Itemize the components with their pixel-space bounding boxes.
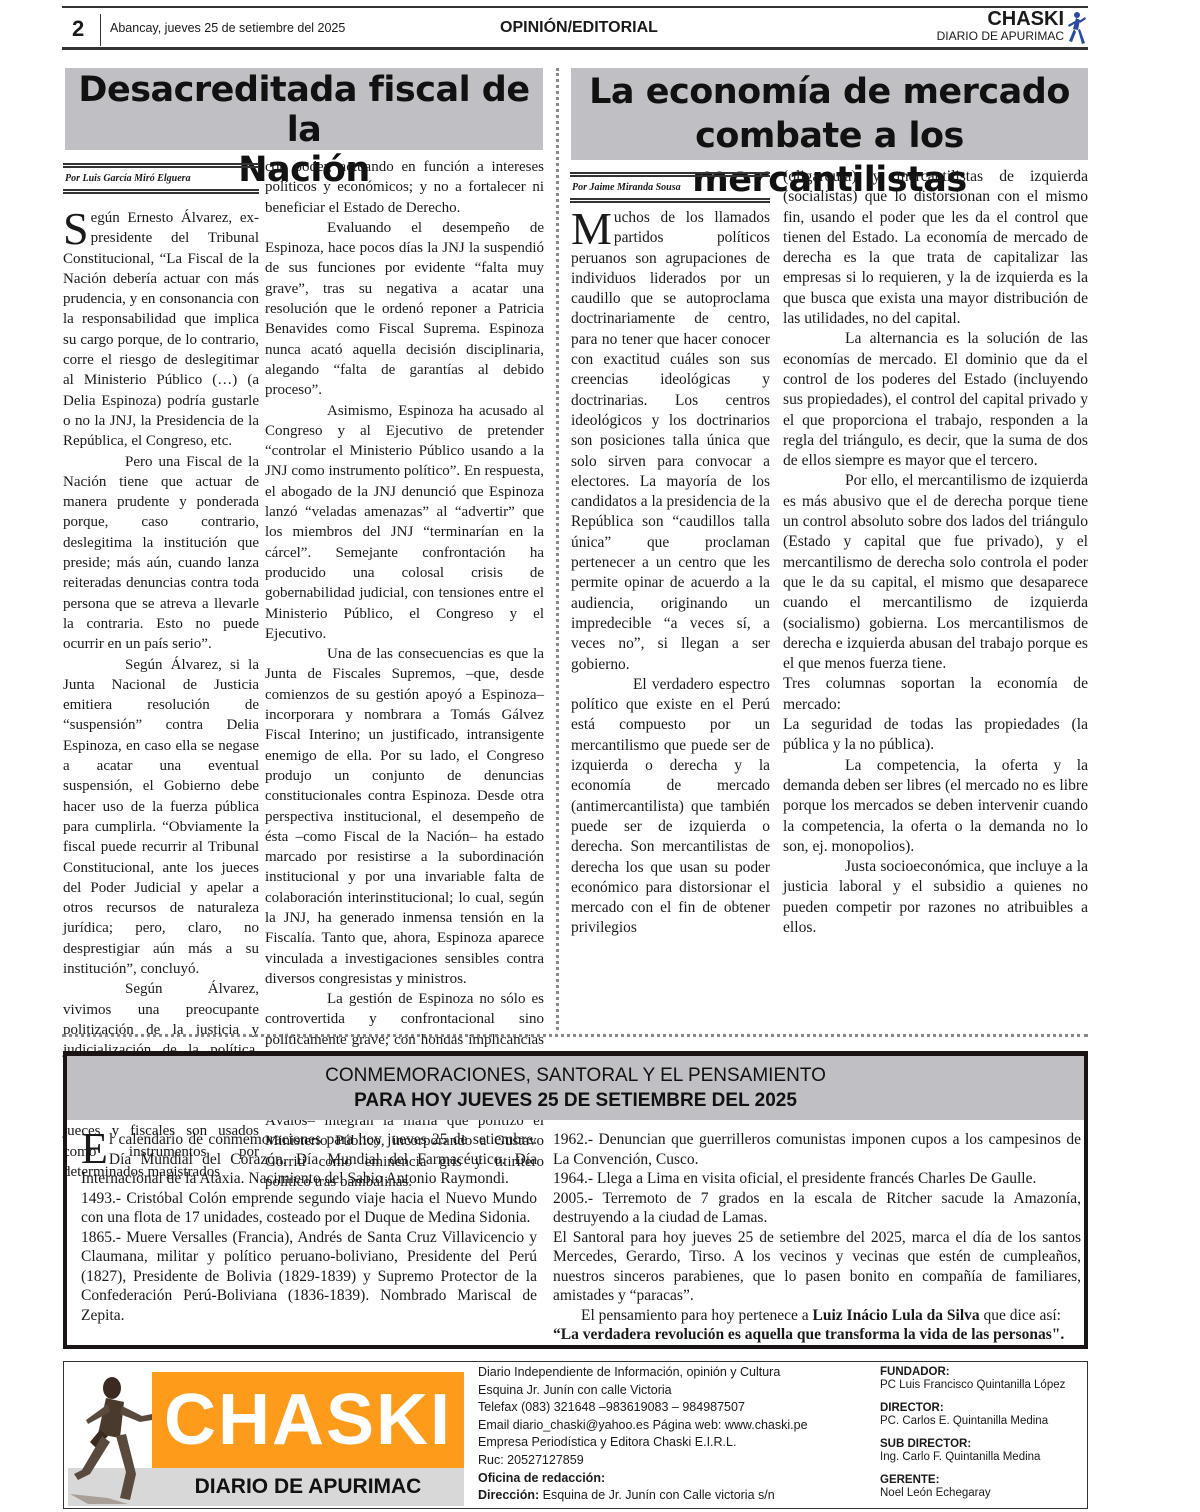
paragraph: La alternancia es la solución de las eco… — [783, 329, 1088, 471]
page-number: 2 — [72, 16, 84, 42]
masthead: 2 Abancay, jueves 25 de setiembre del 20… — [62, 6, 1088, 50]
article-left-headline: Desacreditada fiscal de la Nación — [65, 68, 543, 150]
info-line: Empresa Periodística y Editora Chaski E.… — [478, 1434, 808, 1452]
commemorations-left-column: El calendario de conmemoraciones para ho… — [81, 1130, 537, 1325]
staff-role: DIRECTOR: — [880, 1402, 1065, 1415]
footer-info: Diario Independiente de Información, opi… — [478, 1364, 808, 1505]
commemorations-box: CONMEMORACIONES, SANTORAL Y EL PENSAMIEN… — [63, 1051, 1088, 1349]
article-right-byline: Por Jaime Miranda Sousa — [570, 172, 770, 203]
thought-author: Luiz Inácio Lula da Silva — [813, 1307, 980, 1324]
paragraph: La seguridad de todas las propiedades (l… — [783, 715, 1088, 756]
thought-quote: “La verdadera revolución es aquella que … — [553, 1326, 1064, 1343]
chaski-logo: CHASKI DIARIO DE APURIMAC — [66, 1364, 466, 1506]
paragraph: El verdadero espectro político que exist… — [571, 675, 770, 939]
paragraph: con poder, actuando en función a interes… — [265, 157, 544, 218]
runner-logo-icon — [1066, 11, 1086, 47]
info-line: Diario Independiente de Información, opi… — [478, 1364, 808, 1382]
byline-text: Por Jaime Miranda Sousa — [570, 177, 770, 198]
paragraph: egún Ernesto Álvarez, ex-presidente del … — [63, 210, 259, 449]
address-line: Dirección: Esquina de Jr. Junín con Call… — [478, 1487, 808, 1505]
commemorations-header: CONMEMORACIONES, SANTORAL Y EL PENSAMIEN… — [67, 1056, 1084, 1120]
paragraph: La competencia, la oferta y la demanda d… — [783, 756, 1088, 857]
paragraph: Justa socioeconómica, que incluye a la j… — [783, 857, 1088, 938]
paragraph: Según Álvarez, si la Junta Nacional de J… — [63, 655, 259, 980]
thought-of-day: El pensamiento para hoy pertenece a Luiz… — [553, 1306, 1081, 1326]
masthead-divider — [100, 14, 101, 46]
paragraph: Evaluando el desempeño de Espinoza, hace… — [265, 218, 544, 401]
article-right-column-1: Muchos de los llamados partidos político… — [571, 208, 770, 939]
logo-orange-band: CHASKI — [152, 1372, 464, 1468]
paragraph: Tres columnas soportan la economía de me… — [783, 674, 1088, 715]
article-left-byline: Por Luis García Miró Elguera — [63, 163, 259, 194]
headline-line-1: La economía de mercado — [589, 72, 1070, 112]
drop-cap: E — [81, 1132, 108, 1166]
paragraph: uchos de los llamados partidos políticos… — [571, 209, 770, 673]
address-value: Esquina de Jr. Junín con Calle victoria … — [539, 1488, 775, 1502]
drop-cap: S — [63, 211, 89, 247]
event-1964: 1964.- Llega a Lima en visita oficial, e… — [553, 1169, 1081, 1189]
logo-wordmark: CHASKI — [152, 1378, 464, 1462]
drop-cap: M — [571, 211, 612, 247]
info-email-web: Email diario_chaski@yahoo.es Página web:… — [478, 1417, 808, 1435]
info-line: Esquina Jr. Junín con calle Victoria — [478, 1382, 808, 1400]
brand-name: CHASKI — [937, 9, 1064, 29]
staff-name: PC. Carlos E. Quintanilla Medina — [880, 1415, 1065, 1428]
staff-role: SUB DIRECTOR: — [880, 1438, 1065, 1451]
commemorations-right-column: 1962.- Denuncian que guerrilleros comuni… — [553, 1130, 1081, 1345]
column-divider — [556, 68, 559, 1030]
address-label: Dirección: — [478, 1488, 539, 1502]
staff-role: GERENTE: — [880, 1474, 1065, 1487]
byline-text: Por Luis García Miró Elguera — [63, 168, 259, 189]
footer-staff: FUNDADOR: PC Luis Francisco Quintanilla … — [880, 1366, 1065, 1510]
section-title: OPINIÓN/EDITORIAL — [500, 19, 658, 37]
paragraph: Asimismo, Espinoza ha acusado al Congres… — [265, 401, 544, 645]
event-1962: 1962.- Denuncian que guerrilleros comuni… — [553, 1130, 1081, 1169]
staff-role: FUNDADOR: — [880, 1366, 1065, 1379]
event-2005: 2005.- Terremoto de 7 grados en la escal… — [553, 1189, 1081, 1228]
masthead-brand: CHASKI DIARIO DE APURIMAC — [937, 9, 1064, 43]
runner-illustration-icon — [68, 1370, 158, 1506]
santoral-text: El Santoral para hoy jueves 25 de setiem… — [553, 1228, 1081, 1306]
event-1865: 1865.- Muere Versalles (Francia), Andrés… — [81, 1228, 537, 1326]
article-right-column-2: (oligarquía) y mercantilistas de izquier… — [783, 167, 1088, 938]
thought-intro: El pensamiento para hoy pertenece a — [581, 1307, 813, 1324]
headline-line-1: Desacreditada fiscal de la — [78, 70, 529, 150]
office-label: Oficina de redacción: — [478, 1470, 808, 1488]
byline-rule-bottom — [63, 189, 259, 194]
brand-subtitle: DIARIO DE APURIMAC — [937, 29, 1064, 43]
logo-subtitle: DIARIO DE APURIMAC — [152, 1472, 464, 1502]
date-line: Abancay, jueves 25 de setiembre del 2025 — [110, 21, 345, 35]
section-divider — [62, 1034, 1088, 1037]
article-right-headline: La economía de mercado combate a los mer… — [571, 68, 1088, 160]
event-1493: 1493.- Cristóbal Colón emprende segundo … — [81, 1189, 537, 1228]
paragraph: (oligarquía) y mercantilistas de izquier… — [783, 167, 1088, 329]
calendar-intro: l calendario de conmemoraciones para hoy… — [81, 1131, 537, 1187]
info-ruc: Ruc: 20527127859 — [478, 1452, 808, 1470]
staff-name: Ing. Carlo F. Quintanilla Medina — [880, 1451, 1065, 1464]
staff-name: Noel León Echegaray — [880, 1487, 1065, 1500]
paragraph: Por ello, el mercantilismo de izquierda … — [783, 471, 1088, 674]
staff-name: PC Luis Francisco Quintanilla López — [880, 1379, 1065, 1392]
footer-imprint: CHASKI DIARIO DE APURIMAC Diario Indepen… — [63, 1361, 1088, 1509]
thought-mid: que dice así: — [980, 1307, 1061, 1324]
commemorations-title-1: CONMEMORACIONES, SANTORAL Y EL PENSAMIEN… — [67, 1063, 1084, 1088]
commemorations-title-2: PARA HOY JUEVES 25 DE SETIEMBRE DEL 2025 — [67, 1088, 1084, 1113]
paragraph: Una de las consecuencias es que la Junta… — [265, 644, 544, 989]
paragraph: Pero una Fiscal de la Nación tiene que a… — [63, 452, 259, 655]
info-phone: Telefax (083) 321648 –983619083 – 984987… — [478, 1399, 808, 1417]
